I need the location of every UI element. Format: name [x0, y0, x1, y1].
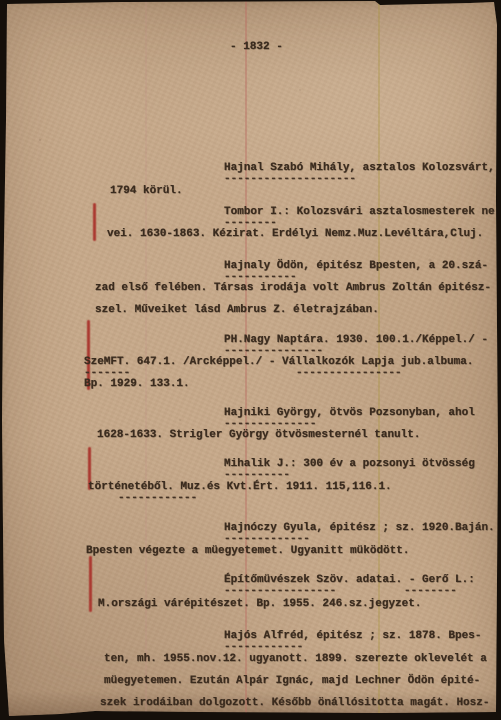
text-line: müegyetemen. Ezután Alpár Ignác, majd Le… [104, 674, 480, 688]
text-line: SzeMFT. 647.1. /Arcképpel./ - Vállalkozó… [84, 355, 473, 369]
text-line: vei. 1630-1863. Kézirat. Erdélyi Nemz.Mu… [107, 227, 483, 241]
underline-dashes: -------- [404, 584, 457, 598]
red-margin-mark [93, 203, 96, 241]
paper-page: - 1832 -Hajnal Szabó Mihály, asztalos Ko… [0, 0, 501, 720]
page-number: - 1832 - [230, 40, 283, 54]
text-line: zad első felében. Társas irodája volt Am… [95, 281, 491, 295]
text-line: szek irodáiban dolgozott. Később önállós… [100, 696, 489, 710]
scanned-document: { "page": { "number_label": "- 1832 -" }… [0, 0, 501, 720]
text-line: Bpesten végezte a müegyetemet. Ugyanitt … [86, 544, 409, 558]
underline-dashes: -------------------- [224, 172, 356, 186]
underline-dashes: ---------------- [296, 366, 402, 380]
text-line: M.országi várépitészet. Bp. 1955. 246.sz… [98, 597, 421, 611]
underline-dashes: ----------------- [224, 584, 336, 598]
red-margin-mark [89, 556, 92, 612]
text-line: 1628-1633. Strigler György ötvösmesterné… [97, 428, 420, 442]
text-line: 1794 körül. [110, 184, 183, 198]
underline-dashes: ------------ [118, 491, 197, 505]
text-line: Bp. 1929. 133.1. [84, 377, 190, 391]
text-line: szel. Műveiket lásd Ambrus Z. életrajzáb… [95, 303, 379, 317]
text-line: ten, mh. 1955.nov.12. ugyanott. 1899. sz… [104, 652, 487, 666]
